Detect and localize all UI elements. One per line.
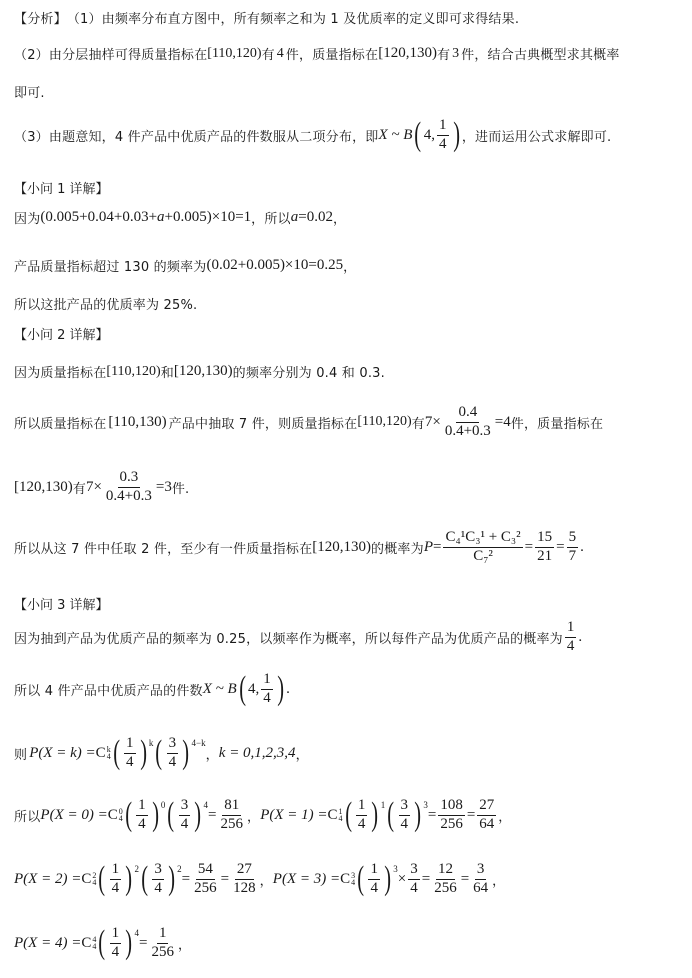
right-paren-icon: ) [277,672,284,706]
probability-symbol: P [424,539,433,556]
numerator: 3 [152,862,164,880]
right-paren-icon: ) [453,118,460,152]
equals: = [422,871,430,888]
text: 的频率分别为 0.4 和 0.3. [233,362,385,381]
text: ， [296,744,309,763]
analysis-line-3: （3）由题意知，4 件产品中优质产品的件数服从二项分布，即 X ~ B ( 4,… [14,118,611,153]
count: 3 [452,46,459,62]
denominator: 0.4+0.3 [104,488,154,505]
denominator: 4 [167,754,179,771]
text: 和 [161,362,174,381]
k-values: k = 0,1,2,3,4 [219,745,296,762]
left-paren-icon: ( [99,926,106,960]
left-paren-icon: ( [99,862,106,896]
q2-header: 【小问 2 详解】 [14,324,109,343]
fraction: 14 [565,620,577,655]
binomial-distribution: X ~ B [378,127,412,144]
denominator: 7 [567,548,579,565]
left-paren-icon: ( [125,798,132,832]
fraction: 14 [124,736,136,771]
numerator: 3 [179,798,191,816]
subscript: 4 [119,815,123,823]
analysis-line-2: （2）由分层抽样可得质量指标在 [110,120) 有 4 件，质量指标在 [1… [14,44,620,63]
left-paren-icon: ( [113,736,120,770]
text: 产品中抽取 7 件，则质量指标在 [169,413,358,432]
analysis-line-2-cont: 即可. [14,82,45,101]
text: ， [260,870,273,889]
exponent: 4−k [192,738,206,748]
section-header: 【小问 3 详解】 [14,594,109,613]
numerator: 108 [438,798,465,816]
right-paren-icon: ) [140,736,147,770]
subscript: 4 [92,879,96,887]
left-paren-icon: ( [357,862,364,896]
q3-line-3: 则 P(X = k) = Ck4 ( 14 ) k ( 34 ) 4−k ， k… [14,736,309,771]
equals: = [525,539,533,556]
left-paren-icon: ( [156,736,163,770]
denominator: 4 [399,816,411,833]
numerator: 81 [222,798,241,816]
denominator: 64 [477,816,496,833]
analysis-line-1: 【分析】 （1）由频率分布直方图中，所有频率之和为 1 及优质率的定义即可求得结… [14,8,519,27]
q1-line-1: 因为 (0.005+0.04+0.03+ a +0.005)×10=1 ，所以 … [14,208,346,227]
denominator: C₇² [471,548,495,565]
probability-lhs: P(X = 2) = [14,871,81,888]
numerator: 1 [110,862,122,880]
fraction: 12256 [432,862,459,897]
text: 所以从这 7 件中任取 2 件，至少有一件质量指标在 [14,538,312,557]
numerator: 3 [399,798,411,816]
analysis-text: 有 [437,44,450,63]
equation: (0.02+0.005)×10=0.25 [206,257,343,274]
analysis-text: 有 [262,44,275,63]
interval: [110,120) [357,414,411,430]
denominator: 21 [535,548,554,565]
right-paren-icon: ) [182,736,189,770]
denominator: 256 [432,880,459,897]
exponent: 0 [161,800,166,810]
numerator: 27 [477,798,496,816]
left-paren-icon: ( [239,672,246,706]
numerator: 5 [567,530,579,548]
exponent: 4 [204,800,209,810]
analysis-text: 件，结合古典概型求其概率 [461,44,619,63]
fraction: 34 [167,736,179,771]
numerator: 15 [535,530,554,548]
q3-line-1: 因为抽到产品为优质产品的频率为 0.25，以频率作为概率，所以每件产品为优质产品… [14,620,582,655]
fraction: 14 [110,926,122,961]
text: ，所以 [251,208,291,227]
binomial-n: 4, [424,127,435,144]
probability-lhs: P(X = k) = [29,745,95,762]
binomial-n: 4, [248,681,259,698]
fraction: 14 [368,862,380,897]
denominator: 4 [368,880,380,897]
text: 因为抽到产品为优质产品的频率为 0.25，以频率作为概率，所以每件产品为优质产品… [14,628,563,647]
fraction: 0.40.4+0.3 [443,405,493,440]
analysis-text: 即可. [14,82,45,101]
fraction: 34 [179,798,191,833]
numerator: 1 [136,798,148,816]
subscript: 4 [351,879,355,887]
q3-line-2: 所以 4 件产品中优质产品的件数 X ~ B ( 4, 14 ) . [14,672,290,707]
numerator: 0.3 [118,470,141,488]
subscript: 4 [339,815,343,823]
text: 所以质量指标在 [14,413,106,432]
text: 因为 [14,208,40,227]
fraction: 14 [110,862,122,897]
combination-fraction: C₄¹C₃¹ + C₃²C₇² [443,530,522,565]
numerator: 12 [436,862,455,880]
text: ， [498,806,511,825]
q1-line-3: 所以这批产品的优质率为 25%. [14,294,197,313]
numerator: 1 [565,620,577,638]
text: 件，质量指标在 [511,413,603,432]
q2-line-1: 因为质量指标在 [110,120) 和 [120,130) 的频率分别为 0.4… [14,362,385,381]
result: =3 [156,479,172,496]
exponent: k [149,738,154,748]
denominator: 256 [149,944,176,961]
equation: (0.005+0.04+0.03+ [40,209,157,226]
numerator: 1 [356,798,368,816]
combination: C34 [340,871,355,888]
variable: a [291,209,299,226]
times: × [398,871,406,888]
fraction: 34 [152,862,164,897]
numerator: C₄¹C₃¹ + C₃² [443,530,522,548]
equals: = [182,871,190,888]
analysis-label: 【分析】 [14,8,67,27]
q2-line-4: 所以从这 7 件中任取 2 件，至少有一件质量指标在 [120,130) 的概率… [14,530,584,565]
binomial-distribution: X ~ B [203,681,237,698]
denominator: 4 [110,880,122,897]
fraction: 1256 [149,926,176,961]
text: 所以 [14,806,40,825]
denominator: 4 [152,880,164,897]
right-paren-icon: ) [372,798,379,832]
interval: [120,130) [174,363,233,380]
result: =0.02 [298,209,333,226]
denominator: 256 [192,880,219,897]
q2-line-3: [120,130) 有 7× 0.30.4+0.3 =3 件. [14,470,189,505]
right-paren-icon: ) [152,798,159,832]
denominator: 256 [219,816,246,833]
numerator: 3 [408,862,420,880]
denominator: 0.4+0.3 [443,423,493,440]
equals: = [433,539,441,556]
interval: [110,120) [207,46,261,62]
text: 则 [14,744,27,763]
section-header: 【小问 2 详解】 [14,324,109,343]
numerator: 27 [235,862,254,880]
combination: C04 [108,807,123,824]
denominator: 4 [356,816,368,833]
equals: = [461,871,469,888]
fraction: 0.30.4+0.3 [104,470,154,505]
q3-line-5: P(X = 2) = C24 ( 14 ) 2 ( 34 ) 2 = 54256… [14,862,505,897]
q3-line-4: 所以 P(X = 0) = C04 ( 14 ) 0 ( 34 ) 4 = 81… [14,798,512,833]
fraction: 108256 [438,798,465,833]
numerator: 0.4 [456,405,479,423]
denominator: 4 [179,816,191,833]
text: 有 [73,478,86,497]
numerator: 1 [124,736,136,754]
subscript: 4 [92,943,96,951]
fraction: 14 [261,672,273,707]
q3-header: 【小问 3 详解】 [14,594,109,613]
fraction: 27128 [231,862,258,897]
left-paren-icon: ( [141,862,148,896]
fraction: 364 [471,862,490,897]
fraction: 14 [356,798,368,833]
text: 产品质量指标超过 130 的频率为 [14,256,206,275]
analysis-text: （2）由分层抽样可得质量指标在 [14,44,207,63]
equals: = [208,807,216,824]
analysis-point-1: （1）由频率分布直方图中，所有频率之和为 1 及优质率的定义即可求得结果. [67,8,519,27]
combination-symbol: C [96,745,106,762]
denominator: 4 [136,816,148,833]
interval: [120,130) [378,45,437,62]
interval: [120,130) [14,479,73,496]
combination: Ck4 [96,745,111,762]
probability-lhs: P(X = 4) = [14,935,81,952]
subscript: 4 [107,753,111,761]
left-paren-icon: ( [415,118,422,152]
fraction: 14 [136,798,148,833]
numerator: 3 [167,736,179,754]
exponent: 4 [134,928,139,938]
period: . [286,681,290,698]
fraction: 34 [399,798,411,833]
equals: = [139,935,147,952]
exponent: 2 [177,864,182,874]
fraction: 1521 [535,530,554,565]
left-paren-icon: ( [168,798,175,832]
analysis-text: 件，质量指标在 [286,44,378,63]
q1-line-2: 产品质量指标超过 130 的频率为 (0.02+0.005)×10=0.25 ， [14,256,356,275]
denominator: 256 [438,816,465,833]
interval: [120,130) [312,539,371,556]
interval: [110,120) [106,364,160,380]
text: 所以这批产品的优质率为 25%. [14,294,197,313]
text: 有 [412,413,425,432]
text: 所以 4 件产品中优质产品的件数 [14,680,203,699]
count: 4 [277,46,284,62]
fraction: 34 [408,862,420,897]
fraction: 57 [567,530,579,565]
multiplier: 7× [425,414,441,431]
analysis-text: （3）由题意知，4 件产品中优质产品的件数服从二项分布，即 [14,126,378,145]
denominator: 4 [261,690,273,707]
probability-lhs: P(X = 1) = [260,807,327,824]
period: . [578,629,582,646]
numerator: 1 [157,926,169,944]
right-paren-icon: ) [168,862,175,896]
denominator: 4 [124,754,136,771]
text: 因为质量指标在 [14,362,106,381]
text: 件. [172,478,190,497]
exponent: 3 [393,864,398,874]
right-paren-icon: ) [194,798,201,832]
text: ， [206,744,219,763]
analysis-text: ，进而运用公式求解即可. [462,126,612,145]
numerator: 3 [475,862,487,880]
q2-line-2: 所以质量指标在 [110,130) 产品中抽取 7 件，则质量指标在 [110,… [14,405,603,440]
denominator: 4 [437,136,449,153]
text: ， [492,870,505,889]
numerator: 1 [437,118,449,136]
probability-lhs: P(X = 3) = [273,871,340,888]
fraction: 2764 [477,798,496,833]
right-paren-icon: ) [125,926,132,960]
period: . [580,539,584,556]
text: ， [247,806,260,825]
denominator: 64 [471,880,490,897]
denominator: 4 [408,880,420,897]
variable: a [157,209,165,226]
denominator: 128 [231,880,258,897]
right-paren-icon: ) [414,798,421,832]
interval: [110,130) [108,414,166,431]
exponent: 1 [381,800,386,810]
right-paren-icon: ) [125,862,132,896]
right-paren-icon: ) [384,862,391,896]
text: ， [333,208,346,227]
equals: = [221,871,229,888]
left-paren-icon: ( [387,798,394,832]
combination: C14 [328,807,343,824]
equals: = [556,539,564,556]
fraction: 14 [437,118,449,153]
text: ， [343,256,356,275]
denominator: 4 [110,944,122,961]
q3-line-6: P(X = 4) = C44 ( 14 ) 4 = 1256 ， [14,926,191,961]
text: ， [178,934,191,953]
section-header: 【小问 1 详解】 [14,178,109,197]
q1-header: 【小问 1 详解】 [14,178,109,197]
fraction: 54256 [192,862,219,897]
fraction: 81256 [219,798,246,833]
numerator: 1 [368,862,380,880]
result: =4 [495,414,511,431]
text: 的概率为 [371,538,424,557]
numerator: 54 [196,862,215,880]
exponent: 2 [134,864,139,874]
denominator: 4 [565,638,577,655]
equation: +0.005)×10=1 [165,209,252,226]
multiplier: 7× [86,479,102,496]
left-paren-icon: ( [345,798,352,832]
combination: C44 [81,935,96,952]
probability-lhs: P(X = 0) = [40,807,107,824]
equals: = [467,807,475,824]
numerator: 1 [261,672,273,690]
equals: = [428,807,436,824]
combination: C24 [81,871,96,888]
numerator: 1 [110,926,122,944]
exponent: 3 [423,800,428,810]
